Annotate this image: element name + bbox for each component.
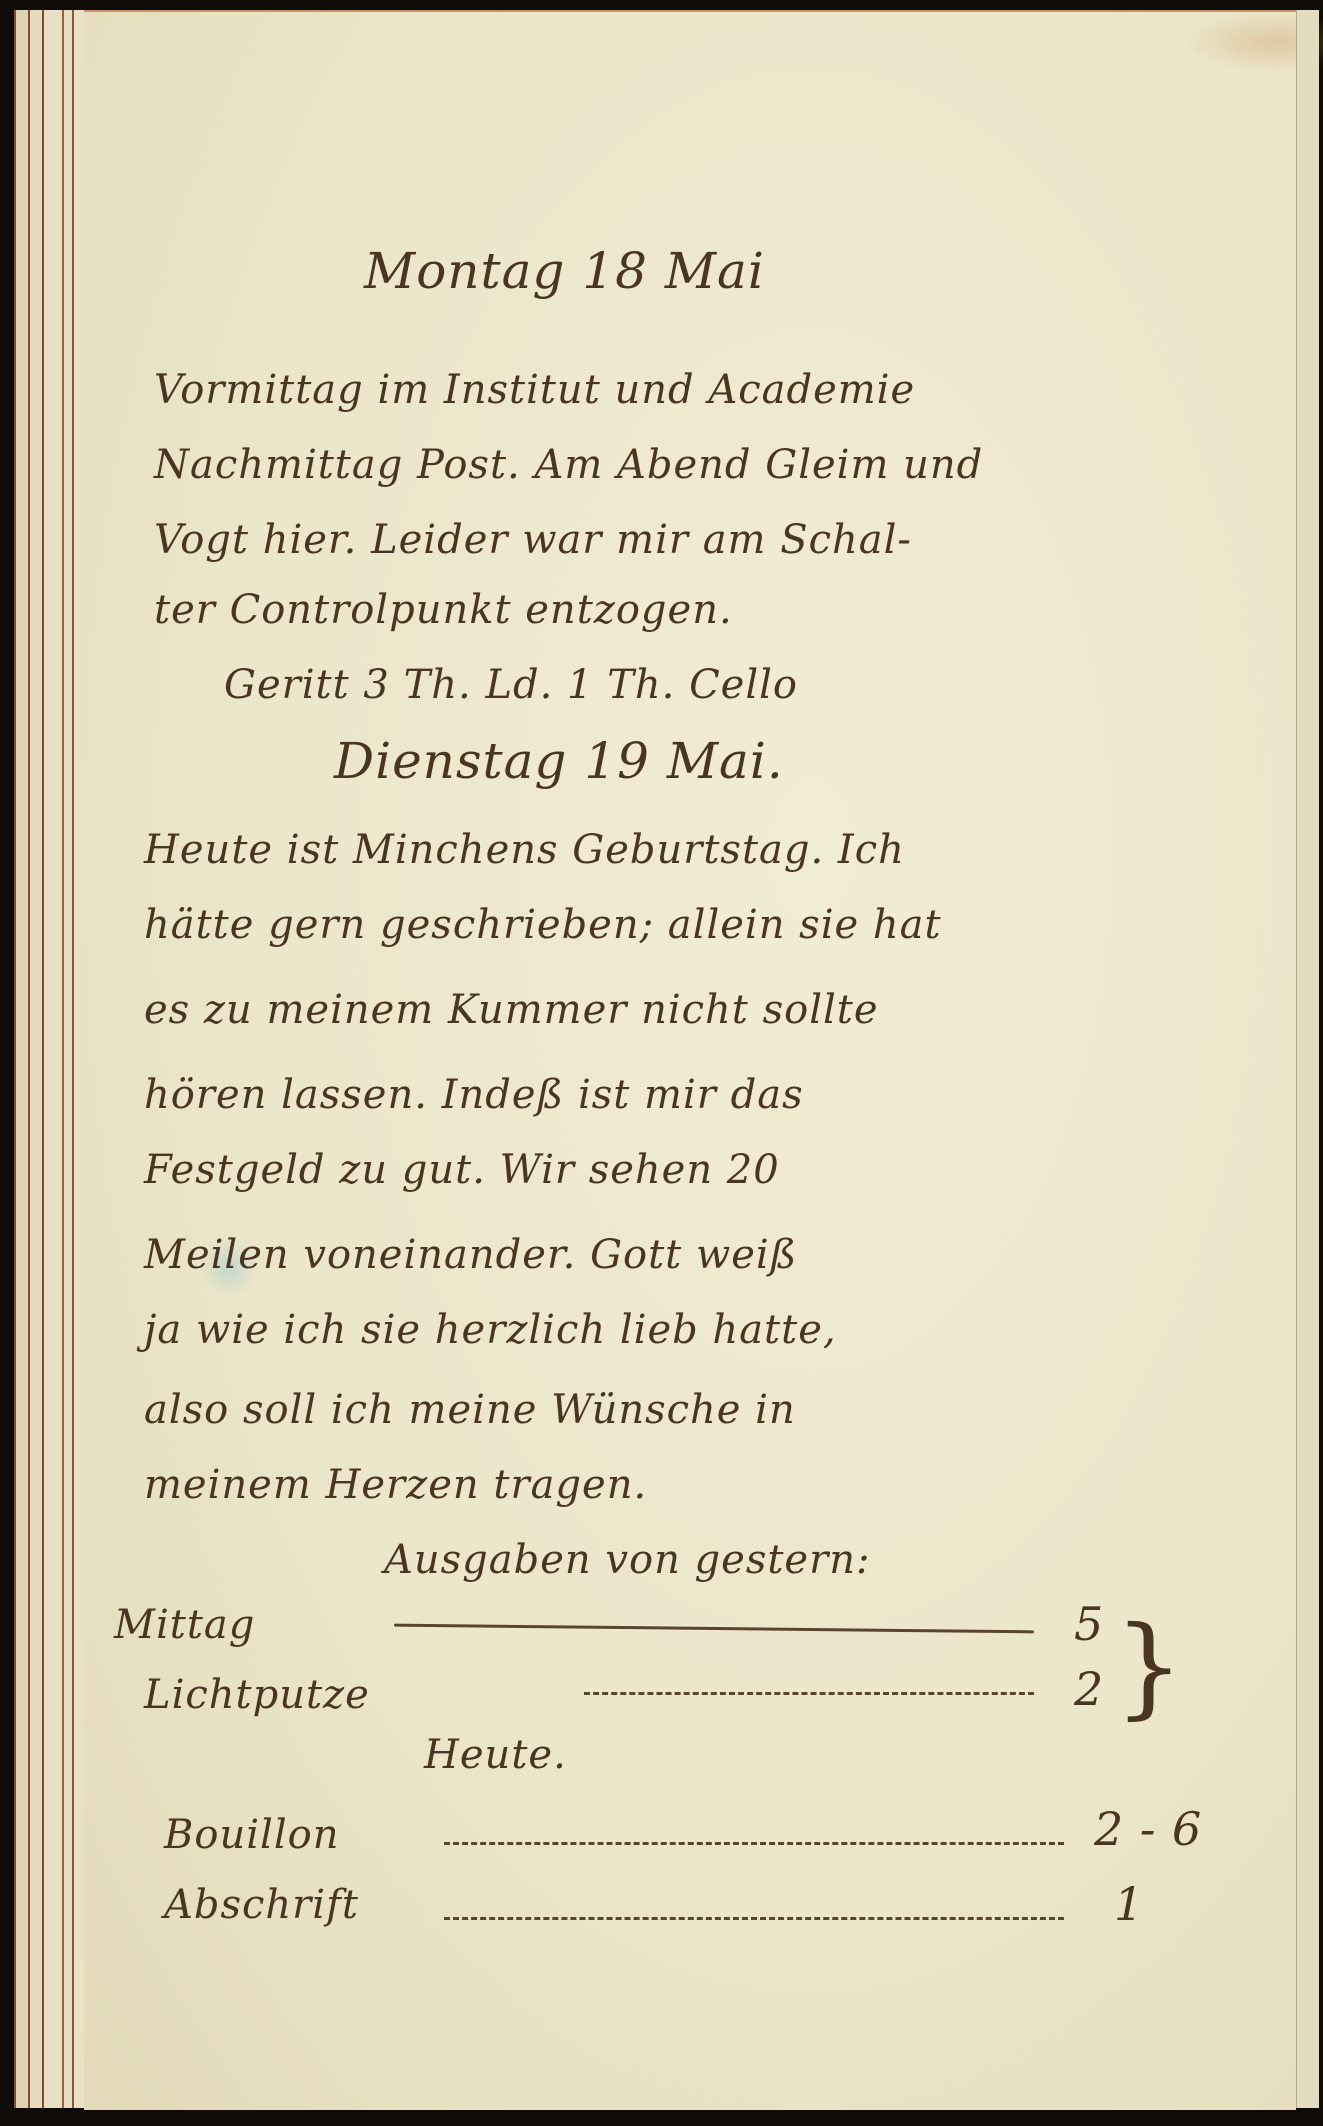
page-edge-right: [1296, 10, 1319, 2108]
entry-line: hätte gern geschrieben; allein sie hat: [144, 902, 942, 948]
today-heading: Heute.: [424, 1732, 567, 1778]
today-label: Bouillon: [164, 1812, 339, 1858]
expense-label: Lichtputze: [144, 1672, 370, 1718]
entry-line: Vogt hier. Leider war mir am Schal-: [154, 517, 912, 563]
entry-line: Heute ist Minchens Geburtstag. Ich: [144, 827, 905, 873]
bracket-glyph: }: [1114, 1602, 1185, 1730]
entry-line: Meilen voneinander. Gott weiß: [144, 1232, 797, 1278]
entry-line: Nachmittag Post. Am Abend Gleim und: [154, 442, 983, 488]
expense-label: Mittag: [114, 1602, 255, 1648]
ledger-dash: [584, 1692, 1034, 1695]
expense-amount: 2: [1074, 1662, 1104, 1716]
expenses-heading: Ausgaben von gestern:: [384, 1537, 870, 1583]
entry-heading: Montag 18 Mai: [364, 242, 765, 300]
today-amount: 2 - 6: [1094, 1802, 1202, 1856]
today-amount: 1: [1114, 1877, 1144, 1931]
entry-line: also soll ich meine Wünsche in: [144, 1387, 796, 1433]
entry-line: Festgeld zu gut. Wir sehen 20: [144, 1147, 780, 1193]
book-scan: Montag 18 Mai Vormittag im Institut und …: [0, 0, 1323, 2126]
ledger-dash: [444, 1842, 1064, 1845]
manuscript-page: Montag 18 Mai Vormittag im Institut und …: [84, 10, 1296, 2110]
entry-line: ja wie ich sie herzlich lieb hatte,: [144, 1307, 837, 1353]
entry-heading: Dienstag 19 Mai.: [334, 732, 784, 790]
entry-line: Vormittag im Institut und Academie: [154, 367, 915, 413]
today-label: Abschrift: [164, 1882, 359, 1928]
entry-line: Geritt 3 Th. Ld. 1 Th. Cello: [224, 662, 798, 708]
entry-line: ter Controlpunkt entzogen.: [154, 587, 733, 633]
entry-line: hören lassen. Indeß ist mir das: [144, 1072, 804, 1118]
entry-line: meinem Herzen tragen.: [144, 1462, 647, 1508]
ledger-rule: [394, 1624, 1034, 1634]
page-edge: [42, 10, 64, 2108]
ledger-dash: [444, 1917, 1064, 1920]
entry-line: es zu meinem Kummer nicht sollte: [144, 987, 879, 1033]
expense-amount: 5: [1074, 1597, 1104, 1651]
